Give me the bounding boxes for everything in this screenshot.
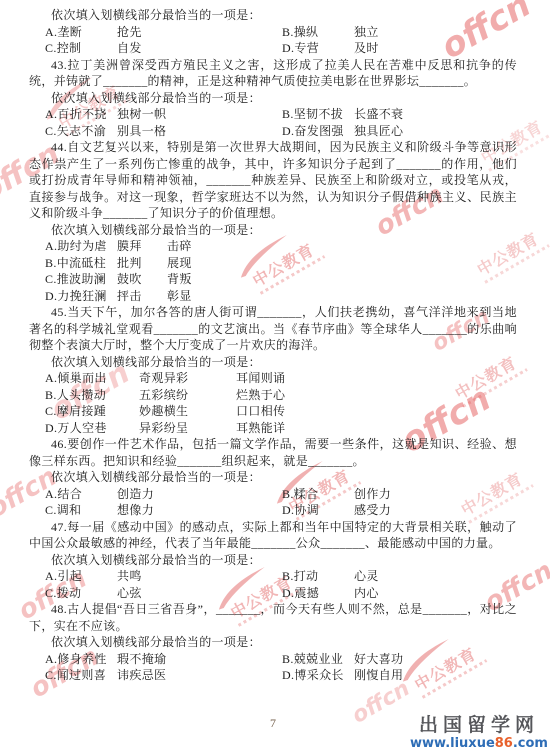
option-text: 长盛不衰 — [354, 107, 403, 121]
option-text: 膜拜 — [117, 238, 167, 255]
option-text: C.摩肩接踵 — [45, 403, 139, 420]
option-cell: A.垄断抢先 — [45, 24, 282, 41]
option-text: A.垄断 — [45, 24, 117, 41]
option-text: 烂熟于心 — [236, 388, 285, 402]
option-cell: B.打动心灵 — [282, 568, 519, 585]
option-cell: C.矢志不渝别具一格 — [45, 123, 282, 140]
q44-prompt: 依次填入划横线部分最恰当的一项是： — [29, 222, 517, 239]
option-text: A.结合 — [45, 486, 117, 503]
q48-options-row: C.闻过则喜讳疾忌医D.博采众长刚愎自用 — [29, 667, 517, 684]
option-text: B.中流砥柱 — [45, 255, 117, 272]
site-url: www.liuxue86.com — [410, 736, 548, 751]
q43-options-row: A.百折不挠独树一帜B.坚韧不拔长盛不衰 — [29, 106, 517, 123]
q44-options-row: B.中流砥柱批判展现 — [29, 255, 517, 272]
option-cell: A.修身养性瑕不掩瑜 — [45, 651, 282, 668]
option-text: A.百折不挠 — [45, 106, 117, 123]
option-text: 好大喜功 — [354, 652, 403, 666]
option-text: D.协调 — [282, 502, 354, 519]
option-text: 创作力 — [354, 487, 391, 501]
site-logo: 出国留学网 www.liuxue86.com — [410, 710, 548, 751]
option-text: B.坚韧不拔 — [282, 106, 354, 123]
option-text: 独树一帜 — [117, 107, 166, 121]
option-text: 自发 — [117, 41, 142, 55]
option-text: 独具匠心 — [354, 124, 403, 138]
option-text: A.引起 — [45, 568, 117, 585]
option-text: 耳闻则诵 — [236, 371, 285, 385]
q43-prompt: 依次填入划横线部分最恰当的一项是： — [29, 90, 517, 107]
option-text: B.打动 — [282, 568, 354, 585]
option-text: 奇观异彩 — [139, 370, 236, 387]
option-text: A.助纣为虐 — [45, 238, 117, 255]
q47-options-row: A.引起共鸣B.打动心灵 — [29, 568, 517, 585]
scanned-exam-page: offcn 中公教育 中公教育 offcn offcn 中公教育 中公教育 of… — [0, 0, 550, 751]
q46-prompt: 依次填入划横线部分最恰当的一项是： — [29, 469, 517, 486]
option-text: 展现 — [167, 256, 192, 270]
option-text: 及时 — [354, 41, 379, 55]
option-text: C.拨动 — [45, 585, 117, 602]
option-text: A.修身养性 — [45, 651, 117, 668]
option-text: 击碎 — [167, 239, 192, 253]
q48-options-row: A.修身养性瑕不掩瑜B.兢兢业业好大喜功 — [29, 651, 517, 668]
q45-options-row: C.摩肩接踵妙趣横生口口相传 — [29, 403, 517, 420]
option-cell: D.奋发图强独具匠心 — [282, 123, 519, 140]
q45-stem: 45.当天下午，加尔各答的唐人街可谓_______，人们扶老携幼，喜气洋洋地来到… — [29, 304, 517, 354]
option-cell: B.糅合创作力 — [282, 486, 519, 503]
option-text: B.糅合 — [282, 486, 354, 503]
option-cell: B.操纵独立 — [282, 24, 519, 41]
option-text: 瑕不掩瑜 — [117, 652, 166, 666]
option-cell: C.闻过则喜讳疾忌医 — [45, 667, 282, 684]
q42-prompt: 依次填入划横线部分最恰当的一项是： — [29, 7, 517, 24]
option-text: 彰显 — [167, 289, 192, 303]
q48-stem: 48.古人提倡“吾日三省吾身”，_______，而今天有些人则不然，总是____… — [29, 601, 517, 634]
option-text: 内心 — [354, 586, 379, 600]
option-text: 创造力 — [117, 487, 154, 501]
q47-stem: 47.每一届《感动中国》的感动点，实际上都和当年中国特定的大背景相关联，触动了中… — [29, 519, 517, 552]
option-text: 耳熟能详 — [236, 421, 285, 435]
option-text: C.闻过则喜 — [45, 667, 117, 684]
q44-options-row: C.推波助澜鼓吹背叛 — [29, 271, 517, 288]
q47-options-row: C.拨动心弦D.震撼内心 — [29, 585, 517, 602]
q46-options-row: A.结合创造力B.糅合创作力 — [29, 486, 517, 503]
option-cell: C.控制自发 — [45, 40, 282, 57]
option-text: 讳疾忌医 — [117, 668, 166, 682]
option-text: B.兢兢业业 — [282, 651, 354, 668]
option-text: 抨击 — [117, 288, 167, 305]
option-text: 抢先 — [117, 25, 142, 39]
option-cell: A.引起共鸣 — [45, 568, 282, 585]
q46-stem: 46.要创作一件艺术作品，包括一篇文学作品，需要一些条件，这就是知识、经验、想像… — [29, 436, 517, 469]
q42-options-row: C.控制自发D.专营及时 — [29, 40, 517, 57]
option-cell: C.调和想像力 — [45, 502, 282, 519]
option-text: 背叛 — [167, 272, 192, 286]
option-cell: D.专营及时 — [282, 40, 519, 57]
q45-options-row: D.万人空巷异彩纷呈耳熟能详 — [29, 420, 517, 437]
option-text: 批判 — [117, 255, 167, 272]
q43-stem: 43.拉丁美洲曾深受西方殖民主义之害，这形成了拉美人民在苦难中反思和抗争的传统，… — [29, 57, 517, 90]
option-text: 刚愎自用 — [354, 668, 403, 682]
q47-prompt: 依次填入划横线部分最恰当的一项是： — [29, 552, 517, 569]
option-text: 心灵 — [354, 569, 379, 583]
option-text: D.专营 — [282, 40, 354, 57]
option-cell: A.百折不挠独树一帜 — [45, 106, 282, 123]
option-text: B.操纵 — [282, 24, 354, 41]
option-text: B.人头攒动 — [45, 387, 139, 404]
option-cell: D.博采众长刚愎自用 — [282, 667, 519, 684]
q45-options-row: A.倾巢而出奇观异彩耳闻则诵 — [29, 370, 517, 387]
option-text: 独立 — [354, 25, 379, 39]
option-text: D.力挽狂澜 — [45, 288, 117, 305]
option-text: 五彩缤纷 — [139, 387, 236, 404]
option-text: C.矢志不渝 — [45, 123, 117, 140]
option-cell: C.拨动心弦 — [45, 585, 282, 602]
option-text: C.控制 — [45, 40, 117, 57]
q44-stem: 44.自文艺复兴以来，特别是第一次世界大战期间，因为民族主义和阶级斗争等意识形态… — [29, 139, 517, 222]
option-cell: D.协调感受力 — [282, 502, 519, 519]
option-text: 口口相传 — [236, 404, 285, 418]
option-text: 共鸣 — [117, 569, 142, 583]
q42-options-row: A.垄断抢先B.操纵独立 — [29, 24, 517, 41]
option-text: D.万人空巷 — [45, 420, 139, 437]
option-cell: B.兢兢业业好大喜功 — [282, 651, 519, 668]
option-text: 鼓吹 — [117, 271, 167, 288]
option-text: D.博采众长 — [282, 667, 354, 684]
option-cell: A.结合创造力 — [45, 486, 282, 503]
option-text: A.倾巢而出 — [45, 370, 139, 387]
q45-prompt: 依次填入划横线部分最恰当的一项是： — [29, 354, 517, 371]
q44-options-row: A.助纣为虐膜拜击碎 — [29, 238, 517, 255]
url-suffix: .com — [513, 736, 548, 751]
q48-prompt: 依次填入划横线部分最恰当的一项是： — [29, 634, 517, 651]
q45-options-row: B.人头攒动五彩缤纷烂熟于心 — [29, 387, 517, 404]
site-name: 出国留学网 — [410, 710, 548, 737]
option-cell: B.坚韧不拔长盛不衰 — [282, 106, 519, 123]
url-number: 86 — [495, 736, 513, 751]
option-text: 异彩纷呈 — [139, 420, 236, 437]
option-text: 心弦 — [117, 586, 142, 600]
q43-options-row: C.矢志不渝别具一格D.奋发图强独具匠心 — [29, 123, 517, 140]
url-prefix: www.liuxue — [410, 736, 495, 751]
option-cell: D.震撼内心 — [282, 585, 519, 602]
q46-options-row: C.调和想像力D.协调感受力 — [29, 502, 517, 519]
option-text: C.调和 — [45, 502, 117, 519]
option-text: D.奋发图强 — [282, 123, 354, 140]
option-text: 别具一格 — [117, 124, 166, 138]
option-text: 想像力 — [117, 503, 154, 517]
option-text: D.震撼 — [282, 585, 354, 602]
option-text: 妙趣横生 — [139, 403, 236, 420]
option-text: 感受力 — [354, 503, 391, 517]
content-area: 依次填入划横线部分最恰当的一项是：A.垄断抢先B.操纵独立C.控制自发D.专营及… — [29, 7, 517, 684]
option-text: C.推波助澜 — [45, 271, 117, 288]
q44-options-row: D.力挽狂澜抨击彰显 — [29, 288, 517, 305]
